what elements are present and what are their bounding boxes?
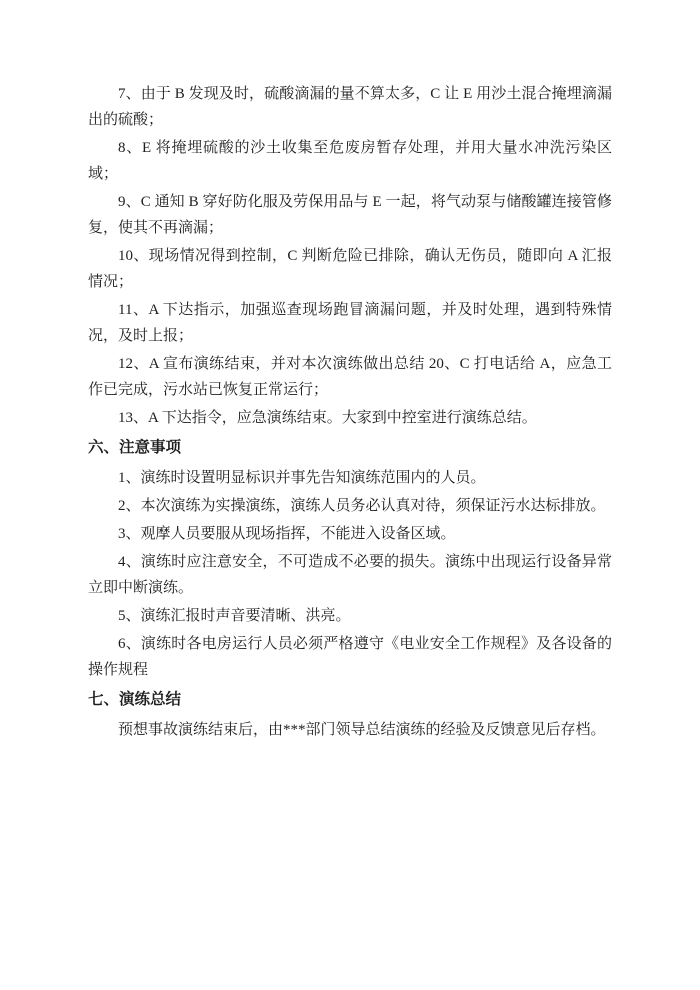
note-3: 3、观摩人员要服从现场指挥，不能进入设备区域。 xyxy=(88,521,612,547)
summary-paragraph: 预想事故演练结束后，由***部门领导总结演练的经验及反馈意见后存档。 xyxy=(88,717,612,743)
note-2: 2、本次演练为实操演练，演练人员务必认真对待，须保证污水达标排放。 xyxy=(88,493,612,519)
note-6: 6、演练时各电房运行人员必须严格遵守《电业安全工作规程》及各设备的操作规程 xyxy=(88,631,612,683)
drill-step-11: 11、A 下达指示，加强巡查现场跑冒滴漏问题，并及时处理，遇到特殊情况，及时上报… xyxy=(88,297,612,349)
document-page: 7、由于 B 发现及时，硫酸滴漏的量不算太多，C 让 E 用沙土混合掩埋滴漏出的… xyxy=(0,0,700,990)
drill-step-8: 8、E 将掩埋硫酸的沙土收集至危废房暂存处理，并用大量水冲洗污染区域； xyxy=(88,135,612,187)
section-heading-notes: 六、注意事项 xyxy=(88,435,612,461)
section-heading-summary: 七、演练总结 xyxy=(88,687,612,713)
note-4: 4、演练时应注意安全，不可造成不必要的损失。演练中出现运行设备异常立即中断演练。 xyxy=(88,549,612,601)
note-1: 1、演练时设置明显标识并事先告知演练范围内的人员。 xyxy=(88,465,612,491)
drill-step-13: 13、A 下达指令，应急演练结束。大家到中控室进行演练总结。 xyxy=(88,405,612,431)
drill-step-9: 9、C 通知 B 穿好防化服及劳保用品与 E 一起，将气动泵与储酸罐连接管修复，… xyxy=(88,189,612,241)
drill-step-12: 12、A 宣布演练结束，并对本次演练做出总结 20、C 打电话给 A，应急工作已… xyxy=(88,351,612,403)
note-5: 5、演练汇报时声音要清晰、洪亮。 xyxy=(88,603,612,629)
drill-step-7: 7、由于 B 发现及时，硫酸滴漏的量不算太多，C 让 E 用沙土混合掩埋滴漏出的… xyxy=(88,81,612,133)
drill-step-10: 10、现场情况得到控制，C 判断危险已排除，确认无伤员，随即向 A 汇报情况； xyxy=(88,243,612,295)
